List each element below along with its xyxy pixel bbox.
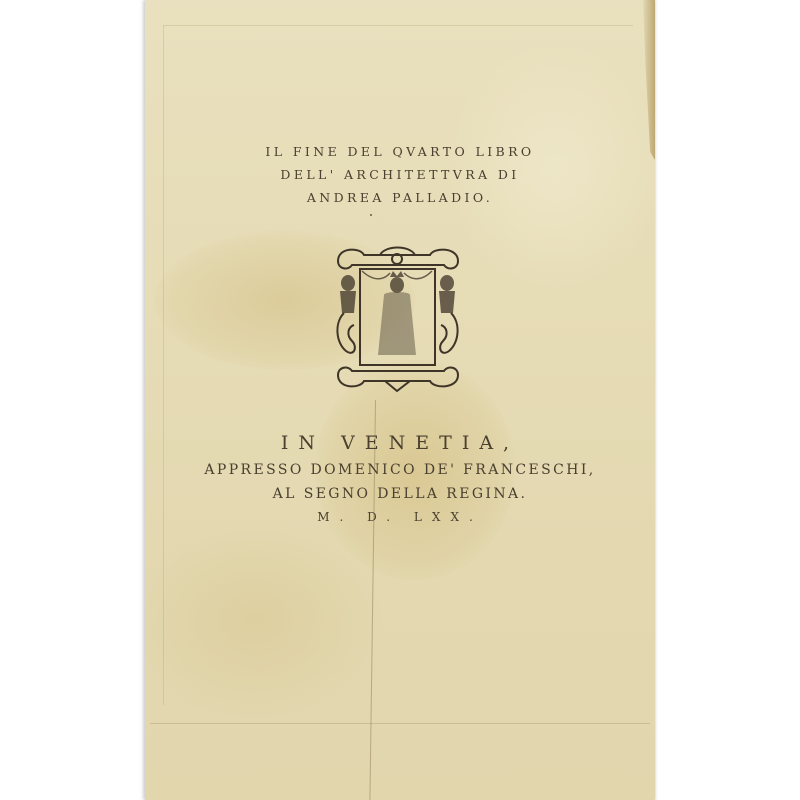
title-line-2: DELL' ARCHITETTVRA DI bbox=[145, 163, 655, 186]
imprint-publisher: APPRESSO DOMENICO DE' FRANCESCHI, bbox=[145, 458, 655, 482]
book-page: IL FINE DEL QVARTO LIBRO DELL' ARCHITETT… bbox=[145, 0, 655, 800]
title-line-1: IL FINE DEL QVARTO LIBRO bbox=[145, 140, 655, 163]
imprint-sign: AL SEGNO DELLA REGINA. bbox=[145, 482, 655, 506]
image-stage: IL FINE DEL QVARTO LIBRO DELL' ARCHITETT… bbox=[0, 0, 800, 800]
plate-mark-left bbox=[163, 25, 164, 705]
imprint-date: M. D. LXX. bbox=[145, 506, 655, 528]
imprint: IN VENETIA, APPRESSO DOMENICO DE' FRANCE… bbox=[145, 428, 655, 528]
ink-dot bbox=[370, 214, 372, 216]
torn-right-edge bbox=[643, 0, 655, 160]
imprint-city: IN VENETIA, bbox=[145, 428, 655, 458]
water-stain-lower-left bbox=[145, 520, 385, 720]
printer-device-engraving-icon bbox=[330, 243, 465, 393]
colophon-title: IL FINE DEL QVARTO LIBRO DELL' ARCHITETT… bbox=[145, 140, 655, 209]
title-line-3: ANDREA PALLADIO. bbox=[145, 186, 655, 209]
plate-mark-top bbox=[163, 25, 633, 26]
horizontal-fold-crease bbox=[150, 723, 650, 724]
